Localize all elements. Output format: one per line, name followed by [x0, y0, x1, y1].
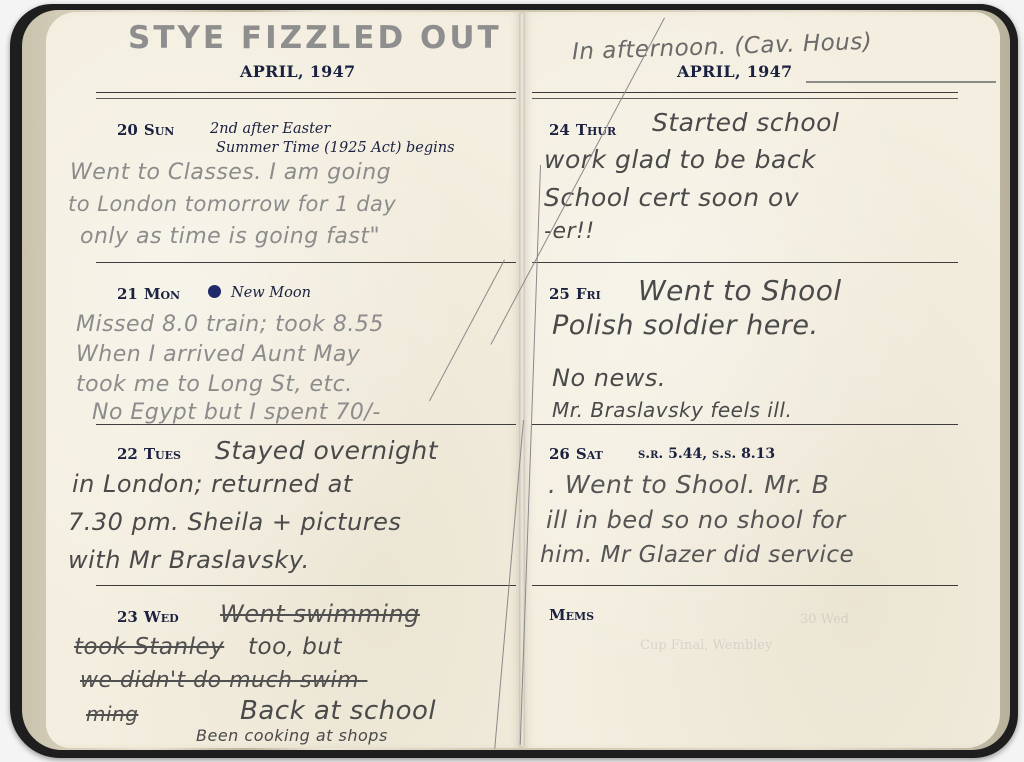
mems-label: Mems [549, 606, 594, 624]
sunrise-sunset: s.r. 5.44, s.s. 8.13 [638, 446, 775, 462]
handwritten-line: No Egypt but I spent 70/- [92, 400, 381, 425]
struck-handwritten-line: took Stanley [74, 634, 224, 660]
handwritten-line: Polish soldier here. [552, 310, 819, 341]
struck-handwritten-line: ming [86, 702, 138, 726]
handwritten-line: Back at school [240, 696, 436, 726]
day-label-26: 26Sat [549, 445, 603, 463]
handwritten-line: took me to Long St, etc. [76, 372, 353, 397]
day-divider [532, 585, 958, 586]
handwritten-line: him. Mr Glazer did service [540, 542, 854, 568]
handwritten-line: 7.30 pm. Sheila + pictures [68, 508, 401, 536]
day-label-23: 23Wed [117, 608, 179, 626]
day-label-25: 25Fri [549, 285, 601, 303]
showthrough-text: Cup Final, Wembley [640, 638, 772, 653]
day-divider [96, 585, 516, 586]
handwritten-line: in London; returned at [72, 470, 353, 498]
handwritten-line: School cert soon ov [544, 183, 799, 212]
handwritten-line: No news. [552, 364, 666, 392]
printed-note: New Moon [198, 285, 311, 301]
day-divider [96, 262, 516, 263]
struck-handwritten-line: Went swimming [220, 600, 420, 628]
header-annotation: STYE FIZZLED OUT [128, 20, 502, 56]
handwritten-line: Been cooking at shops [196, 726, 388, 745]
handwritten-line: work glad to be back [544, 145, 816, 174]
header-rule [532, 92, 958, 99]
printed-note: Summer Time (1925 Act) begins [216, 140, 455, 156]
handwritten-line: Mr. Braslavsky feels ill. [552, 398, 792, 422]
struck-handwritten-line: we didn't do much swim- [80, 668, 367, 693]
handwritten-line: too, but [248, 634, 342, 660]
header-rule [96, 92, 516, 99]
printed-note: 2nd after Easter [210, 121, 330, 137]
handwritten-line: to London tomorrow for 1 day [68, 192, 396, 216]
day-divider [532, 262, 958, 263]
handwritten-line: Went to Classes. I am going [70, 160, 391, 185]
handwritten-line: ill in bed so no shool for [546, 506, 846, 534]
showthrough-text: 30 Wed [800, 612, 849, 627]
handwritten-line: only as time is going fast" [80, 224, 380, 249]
day-divider [96, 424, 516, 425]
handwritten-line: -er!! [544, 219, 595, 244]
month-title: APRIL, 1947 [677, 62, 792, 81]
month-title: APRIL, 1947 [240, 62, 355, 81]
handwritten-line: Missed 8.0 train; took 8.55 [76, 312, 384, 337]
pencil-underline [806, 81, 996, 83]
day-divider [532, 424, 958, 425]
handwritten-line: with Mr Braslavsky. [68, 546, 310, 574]
handwritten-line: When I arrived Aunt May [76, 342, 360, 367]
handwritten-line: Stayed overnight [215, 436, 438, 465]
day-label-22: 22Tues [117, 445, 181, 463]
new-moon-icon [208, 285, 221, 298]
handwritten-line: . Went to Shool. Mr. B [548, 470, 829, 499]
handwritten-line: Went to Shool [638, 274, 842, 307]
day-label-20: 20Sun [117, 121, 174, 139]
handwritten-line: Started school [652, 108, 839, 137]
day-label-21: 21Mon [117, 285, 180, 303]
